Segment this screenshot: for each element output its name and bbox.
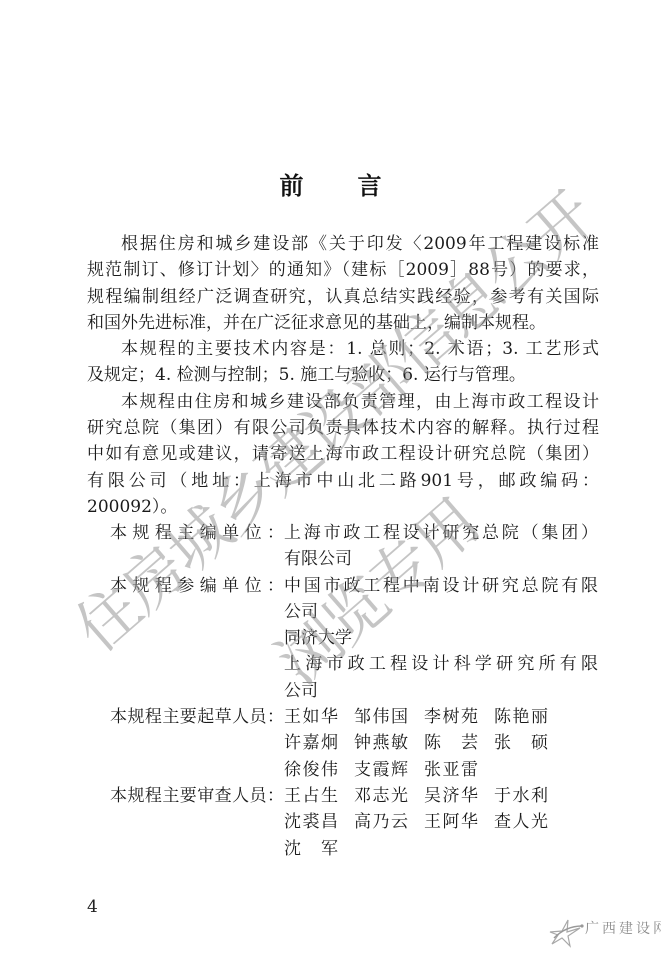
person-name: 查人光 <box>494 809 548 835</box>
person-name: 徐俊伟 <box>284 757 338 783</box>
person-name: 邹伟国 <box>354 704 408 730</box>
text-line: 200092）。 <box>87 494 599 520</box>
title-char: 前 <box>280 166 304 201</box>
paragraph: 本规程的主要技术内容是：1. 总则；2. 术语；3. 工艺形式 及规定；4. 检… <box>87 336 599 389</box>
person-name: 陈艳丽 <box>494 704 548 730</box>
text-line: 本规程的主要技术内容是：1. 总则；2. 术语；3. 工艺形式 <box>87 336 599 362</box>
person-name: 李树苑 <box>424 704 478 730</box>
person-name: 于水利 <box>494 783 548 809</box>
credit-value: 公司 <box>284 678 598 704</box>
credit-label: 本规程主编单位： <box>110 520 284 573</box>
chief-editor-row: 本规程主编单位： 上海市政工程设计研究总院（集团） 有限公司 <box>110 520 600 573</box>
paragraph: 根据住房和城乡建设部《关于印发〈2009年工程建设标准 规范制订、修订计划〉的通… <box>87 231 599 336</box>
credit-value: 公司 <box>284 599 598 625</box>
page-title: 前言 <box>0 166 661 201</box>
people-grid: 王如华 邹伟国 李树苑 陈艳丽 许嘉炯 钟燕敏 陈 芸 张 硕 徐俊伟 支霞辉 … <box>284 704 598 783</box>
person-name: 张 硕 <box>494 730 548 756</box>
person-name: 支霞辉 <box>354 757 408 783</box>
credit-label: 本规程主要审查人员： <box>110 783 284 862</box>
person-name: 许嘉炯 <box>284 730 338 756</box>
person-name: 王阿华 <box>424 809 478 835</box>
text-line: 及规定；4. 检测与控制；5. 施工与验收；6. 运行与管理。 <box>87 362 599 388</box>
credit-value: 同济大学 <box>284 625 598 651</box>
person-name: 陈 芸 <box>424 730 478 756</box>
title-char: 言 <box>358 166 382 201</box>
credit-value: 上海市政工程设计研究总院（集团） <box>284 520 598 546</box>
text-line: 规范制订、修订计划〉的通知》（建标［2009］88号）的要求， <box>87 257 599 283</box>
person-name: 高乃云 <box>354 809 408 835</box>
text-line: 本规程由住房和城乡建设部负责管理，由上海市政工程设计 <box>87 389 599 415</box>
person-name: 王如华 <box>284 704 338 730</box>
credit-value: 有限公司 <box>284 546 598 572</box>
credit-label: 本规程主要起草人员： <box>110 704 284 783</box>
drafters-row: 本规程主要起草人员： 王如华 邹伟国 李树苑 陈艳丽 许嘉炯 钟燕敏 陈 芸 张… <box>110 704 600 783</box>
logo-text: 广西建设网 <box>585 918 661 938</box>
credit-values: 中国市政工程中南设计研究总院有限 公司 同济大学 上海市政工程设计科学研究所有限… <box>284 573 598 704</box>
paragraph: 本规程由住房和城乡建设部负责管理，由上海市政工程设计 研究总院（集团）有限公司负… <box>87 389 599 520</box>
person-name: 张亚雷 <box>424 757 478 783</box>
participating-units-row: 本规程参编单位： 中国市政工程中南设计研究总院有限 公司 同济大学 上海市政工程… <box>110 573 600 704</box>
text-line: 规程编制组经广泛调查研究，认真总结实践经验，参考有关国际 <box>87 284 599 310</box>
reviewers-row: 本规程主要审查人员： 王占生 邓志光 吴济华 于水利 沈裘昌 高乃云 王阿华 查… <box>110 783 600 862</box>
text-line: 中如有意见或建议，请寄送上海市政工程设计研究总院（集团） <box>87 441 599 467</box>
person-name: 沈裘昌 <box>284 809 338 835</box>
credit-value: 中国市政工程中南设计研究总院有限 <box>284 573 598 599</box>
credit-label: 本规程参编单位： <box>110 573 284 704</box>
person-name: 沈 军 <box>284 836 338 862</box>
credit-values: 上海市政工程设计研究总院（集团） 有限公司 <box>284 520 598 573</box>
credit-value: 上海市政工程设计科学研究所有限 <box>284 651 598 677</box>
preface-body: 根据住房和城乡建设部《关于印发〈2009年工程建设标准 规范制订、修订计划〉的通… <box>87 231 599 520</box>
person-name: 吴济华 <box>424 783 478 809</box>
star-swoosh-icon <box>548 918 584 948</box>
text-line: 有限公司（地址：上海市中山北二路901号，邮政编码： <box>87 468 599 494</box>
text-line: 研究总院（集团）有限公司负责具体技术内容的解释。执行过程 <box>87 415 599 441</box>
text-line: 和国外先进标准，并在广泛征求意见的基础上，编制本规程。 <box>87 310 599 336</box>
site-logo: 广西建设网 <box>548 918 656 948</box>
document-page: 前言 根据住房和城乡建设部《关于印发〈2009年工程建设标准 规范制订、修订计划… <box>0 0 661 958</box>
credits-section: 本规程主编单位： 上海市政工程设计研究总院（集团） 有限公司 本规程参编单位： … <box>110 520 600 862</box>
person-name: 钟燕敏 <box>354 730 408 756</box>
person-name: 邓志光 <box>354 783 408 809</box>
people-grid: 王占生 邓志光 吴济华 于水利 沈裘昌 高乃云 王阿华 查人光 沈 军 <box>284 783 598 862</box>
text-line: 根据住房和城乡建设部《关于印发〈2009年工程建设标准 <box>87 231 599 257</box>
person-name: 王占生 <box>284 783 338 809</box>
page-number: 4 <box>87 897 98 917</box>
